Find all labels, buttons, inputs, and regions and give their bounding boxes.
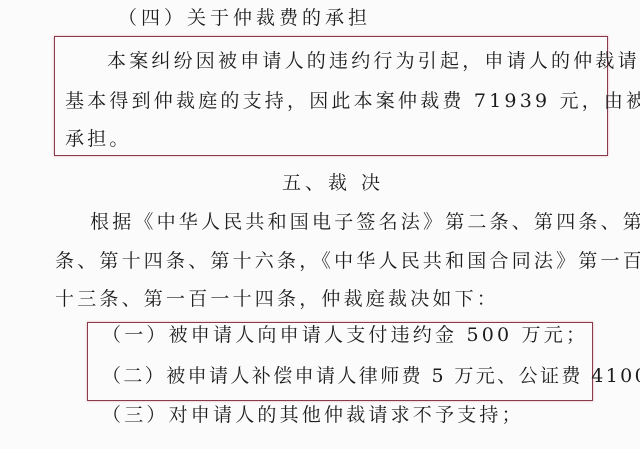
ruling-item-2: （二）被申请人补偿申请人律师费 5 万元、公证费 4100 元；: [102, 365, 640, 387]
section5-line-2: 条、第十四条、第十六条，《中华人民共和国合同法》第一百一: [55, 250, 640, 272]
section4-line-1: 本案纠纷因被申请人的违约行为引起，申请人的仲裁请求: [107, 50, 640, 72]
ruling-item-1: （一）被申请人向申请人支付违约金 500 万元；: [102, 324, 588, 346]
section4-line-3: 承担。: [65, 128, 132, 150]
section4-line-2: 基本得到仲裁庭的支持，因此本案仲裁费 71939 元，由被申请人: [65, 90, 640, 112]
section5-line-1: 根据《中华人民共和国电子签名法》第二条、第四条、第八: [90, 211, 640, 233]
section5-title: 五、裁 决: [282, 172, 384, 194]
document-page: （四）关于仲裁费的承担 本案纠纷因被申请人的违约行为引起，申请人的仲裁请求 基本…: [0, 0, 640, 449]
section5-line-3: 十三条、第一百一十四条，仲裁庭裁决如下：: [55, 288, 499, 310]
ruling-item-3: （三）对申请人的其他仲裁请求不予支持；: [102, 404, 524, 426]
section4-title: （四）关于仲裁费的承担: [118, 7, 371, 29]
